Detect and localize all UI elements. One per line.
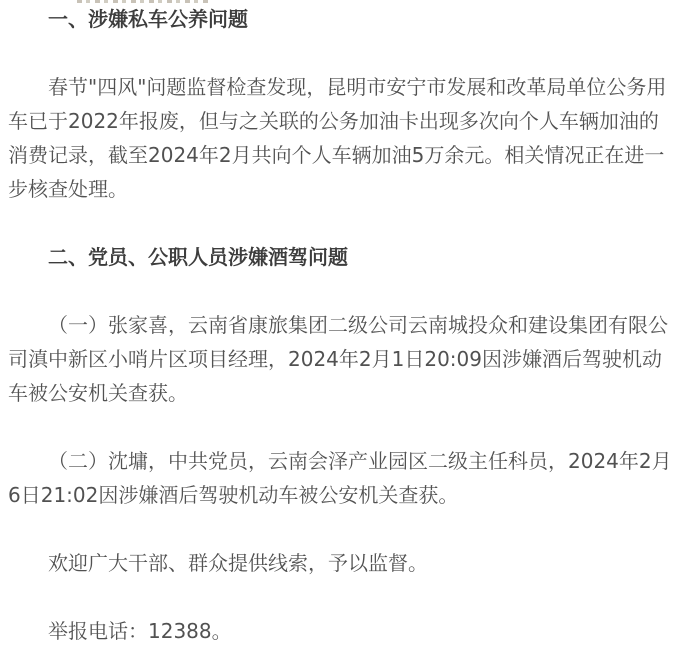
text-line: 欢迎广大干部、群众提供线索，予以监督。	[8, 546, 676, 580]
text-line: 6日21:02因涉嫌酒后驾驶机动车被公安机关查获。	[8, 478, 676, 512]
text-line: 司滇中新区小哨片区项目经理，2024年2月1日20:09因涉嫌酒后驾驶机动	[8, 342, 676, 376]
text-line: 消费记录，截至2024年2月共向个人车辆加油5万余元。相关情况正在进一	[8, 138, 676, 172]
paragraph-case-two-shenyong: （二）沈墉，中共党员，云南会泽产业园区二级主任科员，2024年2月 6日21:0…	[8, 444, 676, 512]
text-line: 步核查处理。	[8, 172, 676, 206]
cropped-previous-line-fragment	[77, 0, 209, 3]
heading-text: 一、涉嫌私车公养问题	[8, 2, 676, 36]
heading-text: 二、党员、公职人员涉嫌酒驾问题	[8, 240, 676, 274]
section-heading-private-car-issue: 一、涉嫌私车公养问题	[8, 2, 676, 36]
text-line: （一）张家喜，云南省康旅集团二级公司云南城投众和建设集团有限公	[8, 308, 676, 342]
text-line: 举报电话：12388。	[8, 614, 676, 648]
paragraph-fuel-card-case: 春节"四风"问题监督检查发现，昆明市安宁市发展和改革局单位公务用 车已于2022…	[8, 70, 676, 206]
article-page: 一、涉嫌私车公养问题 春节"四风"问题监督检查发现，昆明市安宁市发展和改革局单位…	[0, 0, 686, 657]
text-line: 车被公安机关查获。	[8, 376, 676, 410]
text-line: 春节"四风"问题监督检查发现，昆明市安宁市发展和改革局单位公务用	[8, 70, 676, 104]
paragraph-welcome-tips: 欢迎广大干部、群众提供线索，予以监督。	[8, 546, 676, 580]
text-line: 车已于2022年报废，但与之关联的公务加油卡出现多次向个人车辆加油的	[8, 104, 676, 138]
text-line: （二）沈墉，中共党员，云南会泽产业园区二级主任科员，2024年2月	[8, 444, 676, 478]
paragraph-case-one-zhangjiaxi: （一）张家喜，云南省康旅集团二级公司云南城投众和建设集团有限公 司滇中新区小哨片…	[8, 308, 676, 410]
section-heading-drunk-driving-issue: 二、党员、公职人员涉嫌酒驾问题	[8, 240, 676, 274]
paragraph-report-hotline: 举报电话：12388。	[8, 614, 676, 648]
